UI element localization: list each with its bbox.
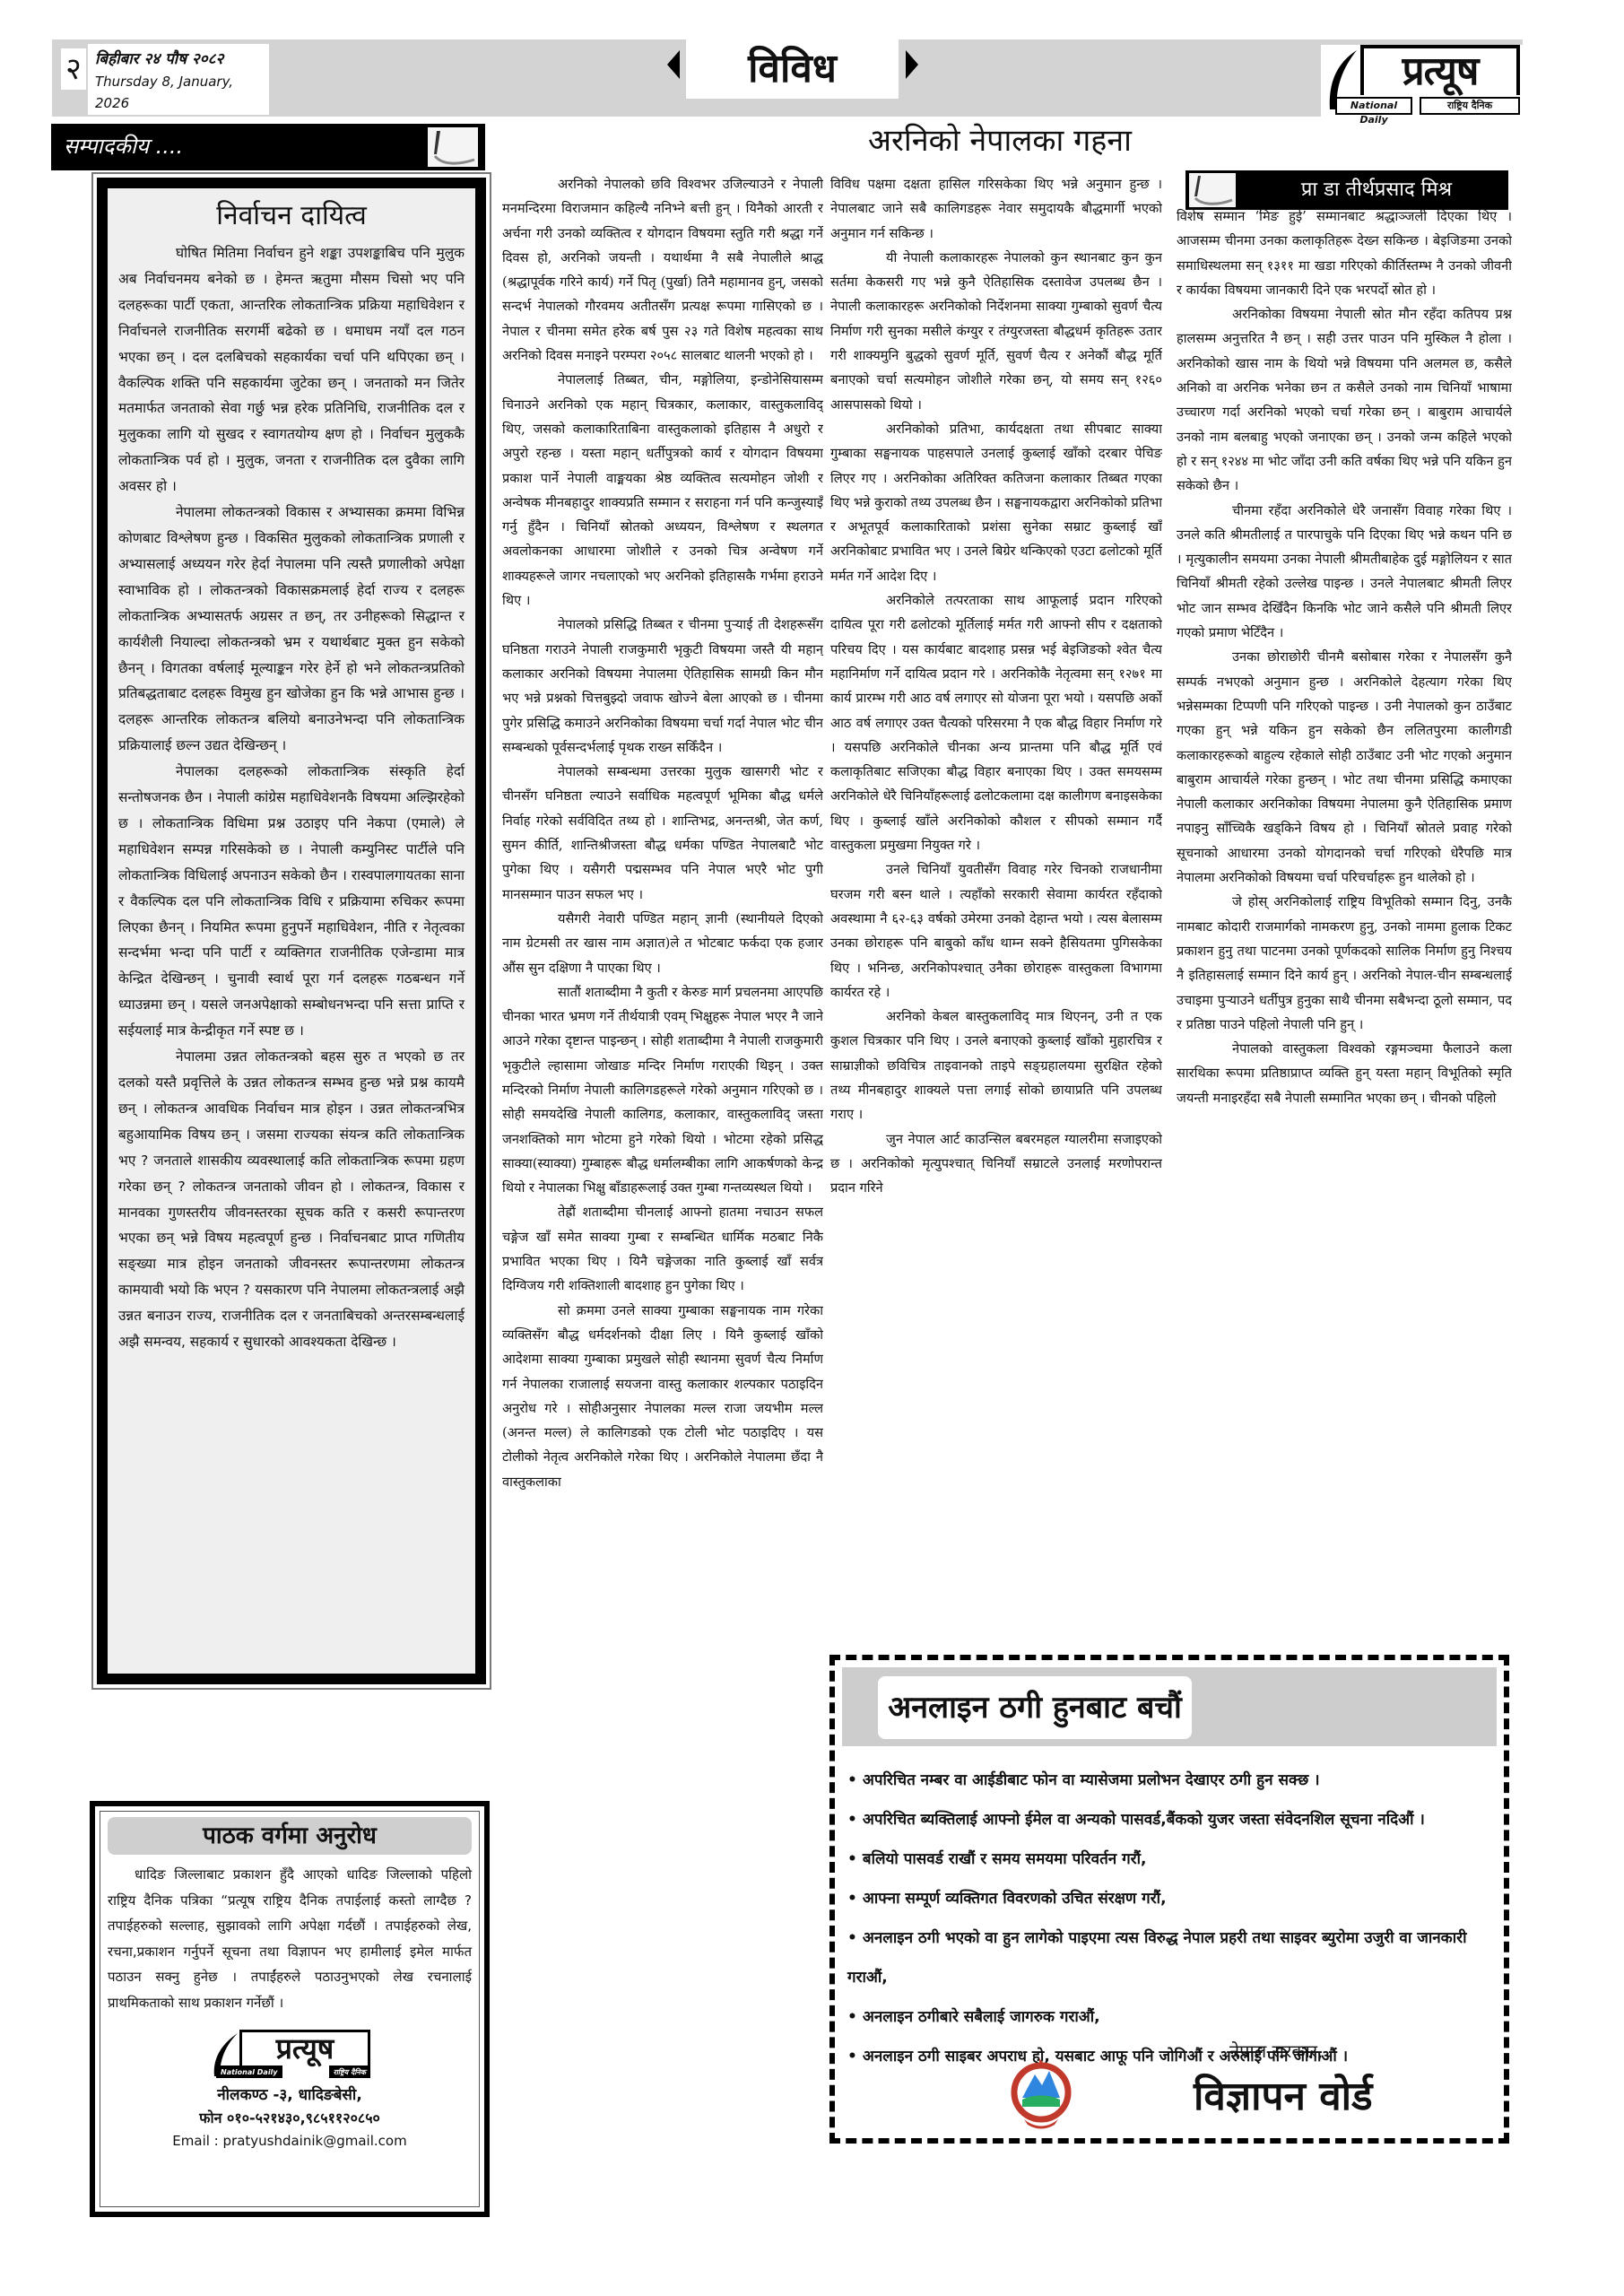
- reader-email-link[interactable]: Email : pratyushdainik@gmail.com: [108, 2130, 472, 2152]
- article-paragraph: जुन नेपाल आर्ट काउन्सिल बबरमहल ग्यालरीमा…: [830, 1127, 1162, 1201]
- reader-logo: प्रत्यूष National Daily राष्ट्रिय दैनिक: [209, 2030, 370, 2080]
- advertisement-list: •अपरिचित नम्बर वा आईडीबाट फोन वा म्यासेज…: [847, 1761, 1489, 2076]
- article-paragraph: जे होस् अरनिकोलाई राष्ट्रिय विभूतिको सम्…: [1177, 890, 1512, 1037]
- masthead-logo: प्रत्यूष National Daily राष्ट्रिय दैनिक: [1321, 45, 1523, 118]
- editorial-title: निर्वाचन दायित्व: [118, 196, 465, 237]
- editorial-header: सम्पादकीय ....: [51, 124, 485, 170]
- masthead-tag-nepali: राष्ट्रिय दैनिक: [1420, 97, 1520, 115]
- bullet-icon: •: [847, 1771, 857, 1789]
- article-paragraph: सो क्रममा उनले साक्या गुम्बाका सङ्घनायक …: [502, 1299, 823, 1494]
- advertisement-item: •अपरिचित नम्बर वा आईडीबाट फोन वा म्यासेज…: [847, 1761, 1489, 1800]
- article-paragraph: अरनिकोको प्रतिभा, कार्यदक्षता तथा सीपबाट…: [830, 417, 1162, 588]
- article-title: अरनिको नेपालका गहना: [825, 120, 1175, 161]
- article-paragraph: अरनिको नेपालको छवि विश्वभर उजिल्याउने र …: [502, 172, 823, 368]
- masthead-tag-english: National Daily: [1335, 97, 1412, 115]
- article-paragraph: तेह्रौं शताब्दीमा चीनलाई आफ्नो हातमा नचा…: [502, 1200, 823, 1298]
- signature-advertising-board: विज्ञापन वोर्ड: [1194, 2067, 1373, 2121]
- reader-logo-tag-english: National Daily: [216, 2066, 282, 2078]
- article-paragraph: उनले चिनियाँ युवतीसँग विवाह गरेर चिनको र…: [830, 857, 1162, 1004]
- article-paragraph: चीनमा रहँदा अरनिकोले धेरै जनासँग विवाह ग…: [1177, 499, 1512, 646]
- advertisement-box: अनलाइन ठगी हुनबाट बचौं •अपरिचित नम्बर वा…: [829, 1655, 1509, 2144]
- bullet-icon: •: [847, 1890, 857, 1908]
- article-paragraph: विशेष सम्मान ‘मिङ हुई’ सम्मानबाट श्रद्धा…: [1177, 204, 1512, 302]
- advertisement-title: अनलाइन ठगी हुनबाट बचौं: [878, 1676, 1192, 1739]
- advertisement-item: •आफ्ना सम्पूर्ण व्यक्तिगत विवरणको उचित स…: [847, 1879, 1489, 1918]
- bullet-icon: •: [847, 2048, 857, 2066]
- reader-request-body: धादिङ जिल्लाबाट प्रकाशन हुँदै आएको धादिङ…: [108, 1862, 472, 2015]
- pen-icon: [428, 127, 478, 167]
- editorial-paragraph: नेपालमा उन्नत लोकतन्त्रको बहस सुरु त भएक…: [118, 1044, 465, 1355]
- nepal-government-emblem-icon: [1010, 2053, 1073, 2134]
- bullet-icon: •: [847, 1811, 857, 1829]
- article-paragraph: नेपालको प्रसिद्धि तिब्बत र चीनमा पुऱ्याई…: [502, 613, 823, 760]
- date-box: बिहीबार २४ पौष २०८२ Thursday 8, January,…: [88, 44, 269, 115]
- advertisement-banner: अनलाइन ठगी हुनबाट बचौं: [842, 1667, 1497, 1746]
- reader-logo-name: प्रत्यूष: [239, 2030, 370, 2066]
- advertisement-item: •बलियो पासवर्ड राखौं र समय समयमा परिवर्त…: [847, 1839, 1489, 1879]
- article-paragraph: अरनिकोले तत्परताका साथ आफूलाई प्रदान गरि…: [830, 588, 1162, 857]
- advertisement-item: •अनलाइन ठगी साइबर अपराध हो, यसबाट आफू पन…: [847, 2037, 1489, 2076]
- article-paragraph: विविध पक्षमा दक्षता हासिल गरिसकेका थिए भ…: [830, 172, 1162, 246]
- bullet-icon: •: [847, 2008, 857, 2026]
- advertisement-item: •अनलाइन ठगी भएको वा हुन लागेको पाइएमा त्…: [847, 1918, 1489, 1997]
- previous-section-arrow-icon[interactable]: [667, 50, 680, 79]
- editorial-paragraph: घोषित मितिमा निर्वाचन हुने शङ्का उपशङ्का…: [118, 240, 465, 500]
- reader-request-title: पाठक वर्गमा अनुरोध: [108, 1817, 472, 1855]
- article-paragraph: नेपालको सम्बन्धमा उत्तरका मुलुक खासगरी भ…: [502, 760, 823, 907]
- article-paragraph: यी नेपाली कलाकारहरू नेपालको कुन स्थानबाट…: [830, 246, 1162, 417]
- editorial-label: सम्पादकीय ....: [64, 131, 183, 161]
- reader-address: नीलकण्ठ -३, धादिङबेसी,: [108, 2083, 472, 2107]
- page-number: २: [61, 48, 86, 90]
- advertisement-item: •अपरिचित ब्यक्तिलाई आफ्नो ईमेल वा अन्यको…: [847, 1800, 1489, 1839]
- reader-logo-tag-nepali: राष्ट्रिय दैनिक: [329, 2066, 370, 2078]
- date-nepali: बिहीबार २४ पौष २०८२: [95, 48, 262, 71]
- article-column-1: अरनिको नेपालको छवि विश्वभर उजिल्याउने र …: [502, 172, 823, 2280]
- editorial-paragraph: नेपालमा लोकतन्त्रको विकास र अभ्यासका क्र…: [118, 500, 465, 759]
- article-paragraph: उनका छोराछोरी चीनमै बसोबास गरेका र नेपाल…: [1177, 645, 1512, 890]
- bullet-icon: •: [847, 1929, 857, 1947]
- article-paragraph: यसैगरी नेवारी पण्डित महान् ज्ञानी (स्थान…: [502, 907, 823, 980]
- article-paragraph: नेपाललाई तिब्बत, चीन, मङ्गोलिया, इन्डोने…: [502, 368, 823, 613]
- editorial-body: घोषित मितिमा निर्वाचन हुने शङ्का उपशङ्का…: [118, 240, 465, 1355]
- article-paragraph: सातौं शताब्दीमा नै कुती र केरुङ मार्ग प्…: [502, 980, 823, 1201]
- article-column-2: विविध पक्षमा दक्षता हासिल गरिसकेका थिए भ…: [830, 172, 1162, 1643]
- date-english: Thursday 8, January, 2026: [95, 71, 262, 114]
- reader-request-box: पाठक वर्गमा अनुरोध धादिङ जिल्लाबाट प्रका…: [90, 1801, 490, 2217]
- bullet-icon: •: [847, 1850, 857, 1868]
- next-section-arrow-icon[interactable]: [906, 50, 918, 79]
- editorial-box: निर्वाचन दायित्व घोषित मितिमा निर्वाचन ह…: [91, 172, 491, 1690]
- reader-phone: फोन ०१०-५२१४३०,९८५११२०८५०: [108, 2107, 472, 2130]
- article-column-3: विशेष सम्मान ‘मिङ हुई’ सम्मानबाट श्रद्धा…: [1177, 204, 1512, 1644]
- section-title: विविध: [686, 39, 899, 99]
- article-paragraph: नेपालको वास्तुकला विश्वको रङ्गमञ्चमा फैल…: [1177, 1037, 1512, 1110]
- signature-government: नेपाल सरकार,: [1229, 2039, 1323, 2063]
- masthead-name: प्रत्यूष: [1360, 45, 1520, 95]
- pen-icon: [1189, 173, 1236, 207]
- article-paragraph: अरनिको केबल बास्तुकलाविद् मात्र थिएनन्, …: [830, 1004, 1162, 1126]
- advertisement-item: •अनलाइन ठगीबारे सबैलाई जागरुक गराऔं,: [847, 1997, 1489, 2037]
- editorial-paragraph: नेपालका दलहरूको लोकतान्त्रिक संस्कृति हे…: [118, 759, 465, 1044]
- article-paragraph: अरनिकोका विषयमा नेपाली स्रोत मौन रहँदा क…: [1177, 302, 1512, 498]
